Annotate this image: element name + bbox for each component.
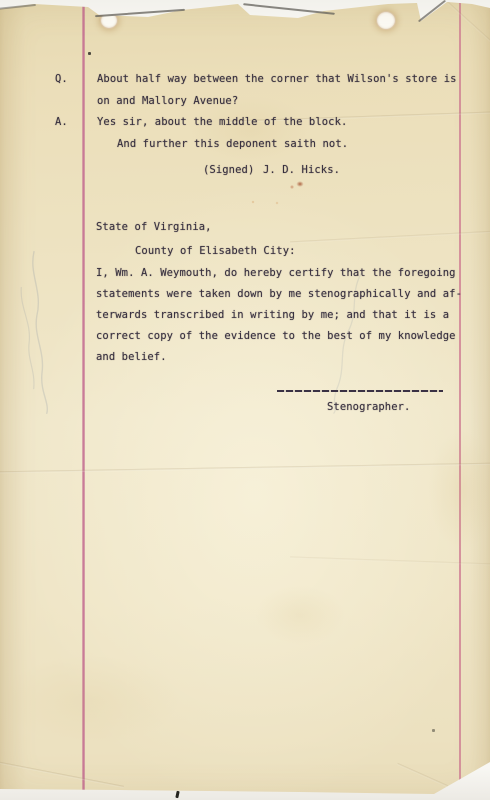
question-line-2: on and Mallory Avenue? (97, 94, 238, 109)
certification-line-3: terwards transcribed in writing by me; a… (96, 308, 449, 323)
stenographer-label: Stenographer. (327, 400, 410, 415)
deponent-closing-line: And further this deponent saith not. (117, 137, 348, 152)
certification-line-1: I, Wm. A. Weymouth, do hereby certify th… (96, 266, 456, 281)
answer-label: A. (55, 115, 68, 130)
certification-line-5: and belief. (96, 350, 167, 365)
punch-hole (376, 11, 396, 30)
bleedthrough-handwriting (2, 244, 71, 424)
document-scan: Q. About half way between the corner tha… (0, 0, 490, 800)
ink-speck (432, 729, 435, 732)
ink-speck (88, 52, 91, 55)
paper-crease (0, 760, 124, 788)
certification-line-2: statements were taken down by me stenogr… (96, 287, 462, 302)
left-margin-rule (82, 0, 85, 800)
state-line: State of Virginia, (96, 220, 212, 235)
paper-crease (445, 0, 490, 54)
question-label: Q. (55, 72, 68, 87)
question-line-1: About half way between the corner that W… (97, 72, 457, 87)
paper-crease (0, 463, 490, 474)
torn-edge-line (243, 3, 335, 15)
signed-label: (Signed) (203, 163, 254, 178)
certification-line-4: correct copy of the evidence to the best… (96, 329, 456, 344)
signature-rule (277, 390, 443, 392)
paper-sheet: Q. About half way between the corner tha… (0, 0, 490, 800)
ink-speck (175, 791, 179, 798)
paper-crease (397, 763, 448, 787)
signed-name: J. D. Hicks. (263, 163, 340, 178)
right-margin-rule (459, 0, 461, 800)
county-line: County of Elisabeth City: (135, 244, 296, 259)
answer-line: Yes sir, about the middle of the block. (97, 115, 347, 130)
